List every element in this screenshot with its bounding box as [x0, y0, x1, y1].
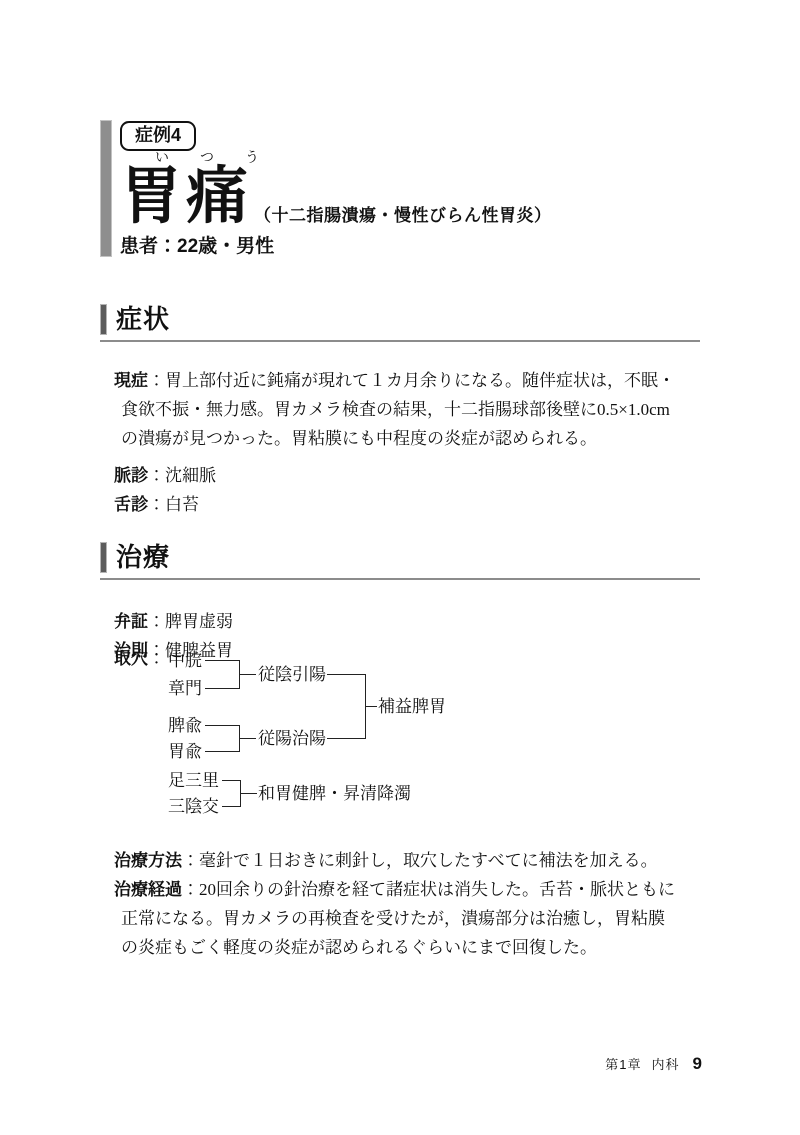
section-heading-label: 治療 [116, 542, 170, 573]
row-label: 脈診 [114, 466, 148, 485]
acupoint-weishu: 胃兪 [168, 743, 202, 761]
diagram-line [239, 738, 256, 739]
footer-page-number: 9 [693, 1054, 702, 1073]
row-colon: ： [148, 612, 165, 631]
row-label: 取穴 [114, 649, 148, 668]
row-colon: ： [148, 371, 165, 390]
function-yin-to-yang: 従陰引陽 [258, 666, 326, 684]
row-colon: ： [148, 495, 165, 514]
row-colon: ： [182, 851, 199, 870]
diagnosis-subtitle: （十二指腸潰瘍・慢性びらん性胃炎） [254, 206, 552, 226]
row-text: 毫針で１日おきに刺針し，取穴したすべてに補法を加える。 [199, 851, 658, 870]
section-heading-treatment: 治療 [100, 542, 700, 580]
footer-section: 内科 [652, 1057, 680, 1072]
diagram-line [205, 751, 240, 752]
row-label: 治療方法 [114, 851, 182, 870]
row-acupoints-label: 取穴： [114, 650, 165, 668]
acupoint-pishu: 脾兪 [168, 717, 202, 735]
acupoint-zhangmen: 章門 [168, 680, 202, 698]
row-colon: ： [148, 649, 165, 668]
row-pulse-diagnosis: 脈診：沈細脈 [114, 461, 781, 490]
patient-info: 患者：22歳・男性 [120, 236, 700, 258]
acupoint-zhongwan: 中脘 [168, 652, 202, 670]
acupoint-sanyinjiao: 三陰交 [168, 798, 219, 816]
diagram-line [205, 725, 240, 726]
row-pattern-identification: 弁証：脾胃虚弱 [114, 607, 781, 636]
row-colon: ： [148, 466, 165, 485]
page-title: 胃痛 [120, 165, 252, 229]
page-footer: 第1章内科9 [100, 1055, 702, 1074]
function-tonify-spleen-stomach: 補益脾胃 [378, 698, 446, 716]
row-label: 現症 [114, 371, 148, 390]
section-heading-bar [100, 304, 107, 335]
case-number-label: 症例4 [135, 125, 181, 145]
diagram-line [205, 688, 240, 689]
title-row: 胃痛 （十二指腸潰瘍・慢性びらん性胃炎） [120, 165, 700, 229]
row-treatment-method: 治療方法：毫針で１日おきに刺針し，取穴したすべてに補法を加える。 [114, 846, 781, 875]
textbook-page: 症例4 いつう 胃痛 （十二指腸潰瘍・慢性びらん性胃炎） 患者：22歳・男性 症… [0, 0, 800, 1135]
section-heading-label: 症状 [116, 304, 170, 335]
section-heading-bar [100, 542, 107, 573]
case-header: 症例4 いつう 胃痛 （十二指腸潰瘍・慢性びらん性胃炎） 患者：22歳・男性 [100, 120, 700, 258]
row-treatment-course: 治療経過：20回余りの針治療を経て諸症状は消失した。舌苔・脈状ともに 正常になる… [114, 875, 781, 962]
function-yang-treats-yang: 従陽治陽 [258, 730, 326, 748]
diagram-line [222, 806, 240, 807]
row-colon: ： [182, 880, 199, 899]
row-label: 舌診 [114, 495, 148, 514]
diagram-line [327, 738, 365, 739]
row-tongue-diagnosis: 舌診：白苔 [114, 490, 781, 519]
diagram-line [365, 706, 377, 707]
row-text: 胃上部付近に鈍痛が現れて１カ月余りになる。随伴症状は，不眠・ 食欲不振・無力感。… [121, 371, 675, 448]
row-label: 弁証 [114, 612, 148, 631]
row-label: 治療経過 [114, 880, 182, 899]
acupoint-diagram: 取穴： 中脘 章門 脾兪 胃兪 足三里 三陰交 従陰引陽 従陽治陽 補益脾胃 和… [114, 645, 574, 823]
diagram-line [205, 660, 240, 661]
diagram-line [327, 674, 365, 675]
row-text: 20回余りの針治療を経て諸症状は消失した。舌苔・脈状ともに 正常になる。胃カメラ… [121, 880, 675, 957]
diagram-line [240, 793, 257, 794]
diagram-line [222, 780, 240, 781]
header-accent-bar [100, 120, 112, 257]
row-text: 白苔 [165, 495, 199, 514]
footer-chapter: 第1章 [605, 1057, 641, 1072]
acupoint-zusanli: 足三里 [168, 772, 219, 790]
diagram-line [239, 674, 256, 675]
section-heading-symptoms: 症状 [100, 304, 700, 342]
row-text: 脾胃虚弱 [165, 612, 233, 631]
row-text: 沈細脈 [165, 466, 216, 485]
case-number-tag: 症例4 [120, 121, 196, 151]
row-present-illness: 現症：胃上部付近に鈍痛が現れて１カ月余りになる。随伴症状は，不眠・ 食欲不振・無… [114, 366, 781, 453]
function-harmonize-stomach: 和胃健脾・昇清降濁 [258, 785, 411, 803]
